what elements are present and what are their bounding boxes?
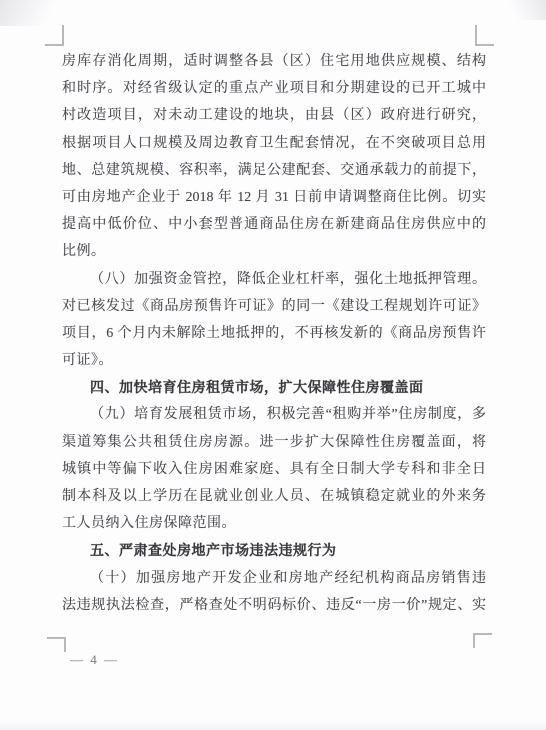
text-line: （九）培育发展租赁市场，积极完善“租购并举”住房制度，多 [62, 401, 486, 428]
text-line: 和时序。对经省级认定的重点产业项目和分期建设的已开工城中 [62, 75, 486, 102]
text-line: 工人员纳入住房保障范围。 [62, 510, 486, 537]
crop-mark-top-right-icon [475, 25, 494, 46]
crop-mark-top-left-icon [45, 25, 64, 46]
page-number: — 4 — [70, 652, 119, 668]
text-line: 地、总建筑规模、容积率，满足公建配套、交通承载力的前提下， [62, 157, 486, 184]
scan-artifact-bottom [0, 720, 546, 730]
text-line: 城镇中等偏下收入住房困难家庭、具有全日制大学专科和非全日 [62, 456, 486, 483]
text-line: 项目，6 个月内未解除土地抵押的，不再核发新的《商品房预售许 [62, 320, 486, 347]
section-heading-5: 五、严肃查处房地产市场违法违规行为 [62, 537, 486, 564]
text-line: 渠道筹集公共租赁住房房源。进一步扩大保障性住房覆盖面，将 [62, 429, 486, 456]
text-line: 房库存消化周期，适时调整各县（区）住宅用地供应规模、结构 [62, 48, 486, 75]
scan-artifact-top-left [0, 0, 70, 26]
text-line: 可证》。 [62, 347, 486, 374]
text-line: 村改造项目，对未动工建设的地块，由县（区）政府进行研究， [62, 102, 486, 129]
text-line: 对已核发过《商品房预售许可证》的同一《建设工程规划许可证》 [62, 293, 486, 320]
scan-artifact-top-right [500, 0, 546, 20]
text-line: 根据项目人口规模及周边教育卫生配套情况，在不突破项目总用 [62, 130, 486, 157]
text-line: 提高中低价位、中小套型普通商品住房在新建商品住房供应中的 [62, 211, 486, 238]
crop-mark-bottom-left-icon [47, 637, 66, 652]
crop-mark-bottom-right-icon [473, 633, 492, 648]
text-line: （八）加强资金管控，降低企业杠杆率，强化土地抵押管理。 [62, 266, 486, 293]
text-line: 可由房地产企业于 2018 年 12 月 31 日前申请调整商住比例。切实 [62, 184, 486, 211]
text-line: 比例。 [62, 238, 486, 265]
text-line: （十）加强房地产开发企业和房地产经纪机构商品房销售违 [62, 565, 486, 592]
text-line: 制本科及以上学历在昆就业创业人员、在城镇稳定就业的外来务 [62, 483, 486, 510]
text-line: 法违规执法检查，严格查处不明码标价、违反“一房一价”规定、实 [62, 592, 486, 619]
document-body: 房库存消化周期，适时调整各县（区）住宅用地供应规模、结构 和时序。对经省级认定的… [62, 48, 486, 619]
document-page: 房库存消化周期，适时调整各县（区）住宅用地供应规模、结构 和时序。对经省级认定的… [0, 0, 546, 730]
section-heading-4: 四、加快培育住房租赁市场，扩大保障性住房覆盖面 [62, 374, 486, 401]
